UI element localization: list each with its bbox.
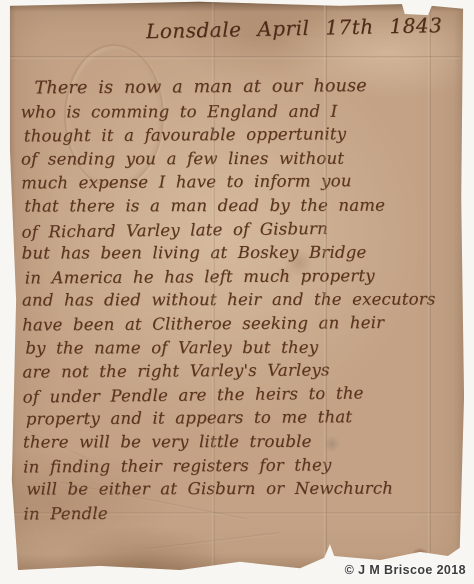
letter-line: who is comming to England and I (21, 99, 447, 124)
letter-line: have been at Clitheroe seeking an heir (22, 310, 448, 337)
letter-paper: Lonsdale April 17th 1843 There is now a … (0, 0, 474, 584)
letter-body: There is now a man at our house who is c… (20, 75, 449, 526)
letter-line: of Richard Varley late of Gisburn (21, 215, 447, 244)
letter-line: in Pendle (23, 499, 449, 526)
diagonal-crease (150, 532, 279, 550)
letter-dateline: Lonsdale April 17th 1843 (146, 13, 458, 44)
letter-line: there will be very little trouble (23, 429, 449, 454)
copyright-watermark: © J M Briscoe 2018 (345, 563, 466, 577)
letter-line: will be either at Gisburn or Newchurch (26, 477, 449, 502)
letter-line: by the name of Varley but they (25, 335, 448, 360)
letter-line: much expense I have to inform you (21, 169, 447, 196)
letter-line: of under Pendle are the heirs to the (23, 380, 449, 409)
letter-line: and has died without heir and the execut… (22, 288, 448, 313)
horizontal-fold-crease-top (10, 56, 460, 59)
letter-line: There is now a man at our house (20, 75, 446, 102)
letter-line: but has been living at Boskey Bridge (22, 241, 448, 266)
letter-photograph: Lonsdale April 17th 1843 There is now a … (0, 0, 474, 584)
letter-line: of sending you a few lines without (21, 146, 447, 171)
letter-line: in America he has left much property (25, 263, 448, 290)
letter-line: in finding their registers for they (23, 452, 449, 479)
letter-line: thought it a favourable oppertunity (24, 122, 447, 149)
letter-line: that there is a man dead by the name (24, 193, 447, 218)
letter-line: property and it appears to me that (26, 405, 449, 432)
